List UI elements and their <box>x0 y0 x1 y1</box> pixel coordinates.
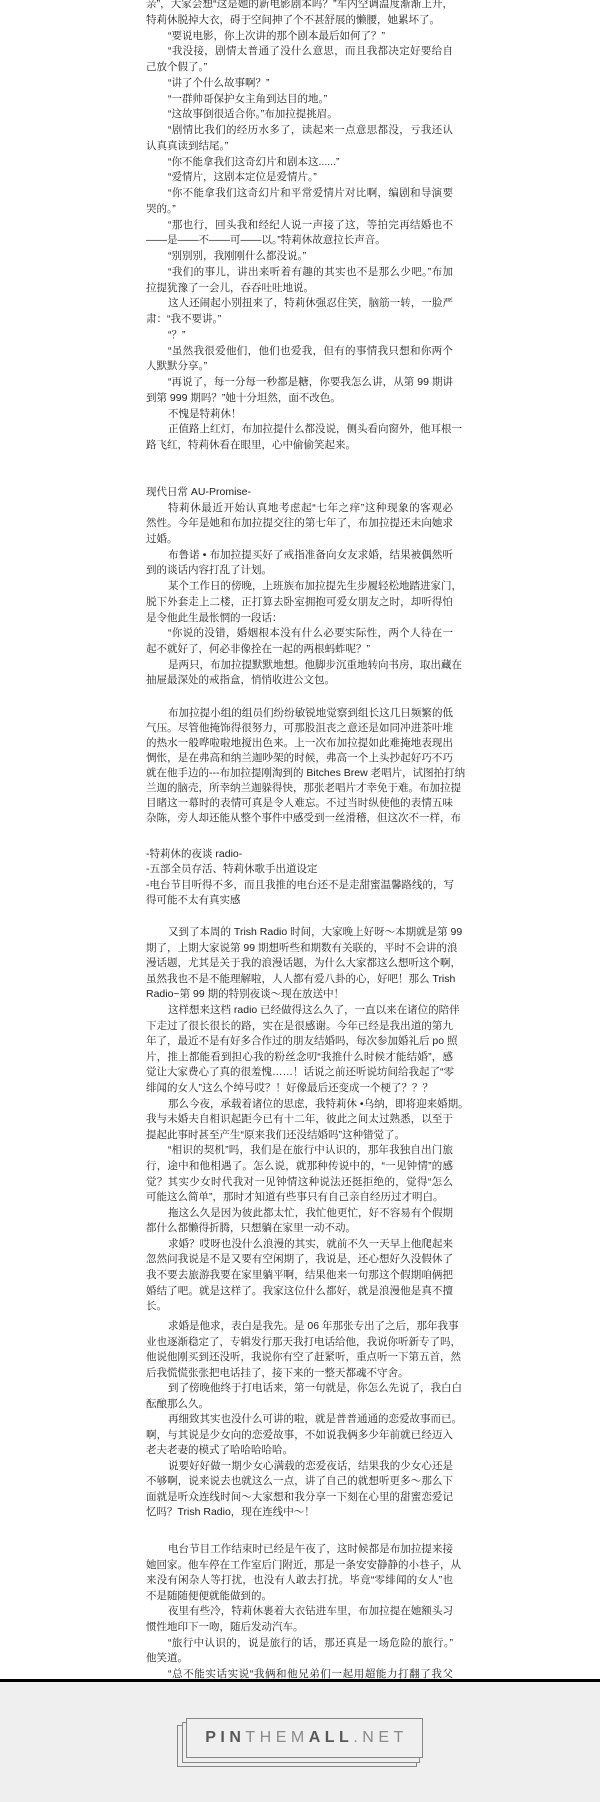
text-line: 业也逐渐稳定了，专辑发行那天我打电话给他，我说你听新专了吗， <box>146 1335 453 1351</box>
paragraph: 正值路上红灯，布加拉提什么都没说，侧头看向窗外，他耳根一 路飞红，特莉休看在眼里… <box>146 422 453 454</box>
text-line: 目睹这一幕时的表情可真是令人难忘。不过当时纵使他的表情五味 <box>146 796 453 811</box>
text-line: “一群帅哥保护女主角到达目的地。” <box>146 92 453 108</box>
paragraph: “我们的事儿，讲出来听着有趣的其实也不是那么少吧。”布加 拉提犹豫了一会儿，吞吞… <box>146 265 453 297</box>
text-line: 杂陈，旁人却还能从整个事件中感受到一丝滑稽，但这次不一样，布 <box>146 811 453 826</box>
paragraph: 这样想来这档 radio 已经做得这么久了，一直以来在诸位的陪伴 下走过了很长很… <box>146 1003 453 1097</box>
text-line: “？” <box>146 328 453 344</box>
paragraph: “讲了个什么故事啊？” <box>146 76 453 92</box>
text-line: 忆吗？Trish Radio，现在连线中～！ <box>146 1505 453 1521</box>
text-line: 己放个假了。” <box>146 60 453 76</box>
text-line: 都什么都懒得折腾，只想躺在家里一动不动。 <box>146 1221 453 1237</box>
text-line: 觉？其实少女时代我对一见钟情这种说法还挺拒绝的，觉得“怎么 <box>146 1175 453 1191</box>
paragraph: “你说的没错，婚姻根本没有什么必要实际性，两个人待在一 起不就好了，何必非像拴在… <box>146 626 453 657</box>
story-section-after-show: 电台节目工作结束时已经是午夜了，这时候都是布加拉提来接 她回家。他车停在工作室后… <box>146 1542 453 1679</box>
text-line: 正值路上红灯，布加拉提什么都没说，侧头看向窗外，他耳根一 <box>146 422 453 438</box>
text-line: “别别别，我刚刚什么都没说。” <box>146 249 453 265</box>
text-line: 后我慌慌张张把电话挂了，接下来的一整天都魂不守舍。 <box>146 1366 453 1382</box>
text-line: 下走过了很长很长的路，实在是很感谢。今年已经是我出道的第九 <box>146 1019 453 1035</box>
text-line: -五部全员存活、特莉休歌手出道设定 <box>146 862 453 877</box>
text-line: “你不能拿我们这奇幻片和平常爱情片对比啊，编剧和导演要 <box>146 186 453 202</box>
text-line: “剧情比我们的经历水多了，读起来一点意思都没，亏我还认 <box>146 123 453 139</box>
text-line: 求婚？哎呀也没什么浪漫的其实，就前不久一天早上他爬起来 <box>146 1237 453 1253</box>
text-line: 觉让大家费心了真的很羞愧……！话说之前还听说坊间给我起了“零 <box>146 1065 453 1081</box>
text-line: 不够啊，说来说去也就这么一点，讲了自己的就想听更多～那么下 <box>146 1474 453 1490</box>
paragraph: “相识的契机”吗，我们是在旅行中认识的，那年我独自出门旅 行，途中和他相遇了。怎… <box>146 1143 453 1205</box>
document-page: 亲”，大家会想“这是她的新电影剧本吗？”车内空调温度渐渐上升， 特莉休脱掉大衣，… <box>0 0 600 1679</box>
paragraph: 夜里有些冷，特莉休裹着大衣钻进车里，布加拉提在她额头习 惯性地印下一吻，随后发动… <box>146 1604 453 1635</box>
paragraph: “你不能拿我们这奇幻片和平常爱情片对比啊，编剧和导演要 哭的。” <box>146 186 453 218</box>
story-section-radio-notes: -特莉休的夜谈 radio- -五部全员存活、特莉休歌手出道设定 -电台节目听得… <box>146 847 453 909</box>
text-line: 亲”，大家会想“这是她的新电影剧本吗？”车内空调温度渐渐上升， <box>146 0 453 13</box>
text-line: 肃：“我不要讲。” <box>146 312 453 328</box>
story-section-car-scene: 亲”，大家会想“这是她的新电影剧本吗？”车内空调温度渐渐上升， 特莉休脱掉大衣，… <box>146 0 453 454</box>
text-line: 的热水一般哗啦啦地搅出色来。上一次布加拉提如此难掩地表现出 <box>146 736 453 751</box>
text-line: “那也行，回头我和经纪人说一声接了这，等拍完再结婚也不 <box>146 218 453 234</box>
story-section-team: 布加拉提小组的组员们纷纷敏锐地觉察到组长这几日频繁的低 气压。尽管他掩饰得很努力… <box>146 706 453 826</box>
paragraph: “爱情片，这剧本定位是爱情片。” <box>146 170 453 186</box>
text-line: 提起此事时甚至产生“原来我们还没结婚吗”这种错觉了。 <box>146 1128 453 1144</box>
text-line: “这故事倒很适合你。”布加拉提挑眉。 <box>146 107 453 123</box>
story-section-au-promise: 现代日常 AU-Promise- 特莉休最近开始认真地考虑起“七年之痒”这种现象… <box>146 485 453 689</box>
paragraph: 求婚是他求，表白是我先。是 06 年那张专出了之后，那年我事 业也逐渐稳定了，专… <box>146 1319 453 1381</box>
text-line: 拖这么久是因为彼此都太忙，我忙他更忙，好不容易有个假期 <box>146 1206 453 1222</box>
paragraph: “？” <box>146 328 453 344</box>
text-line: “旅行中认识的，说是旅行的话，那还真是一场危险的旅行。” <box>146 1636 453 1652</box>
paragraph: 又到了本周的 Trish Radio 时间，大家晚上好呀～本期就是第 99 期了… <box>146 925 453 1003</box>
text-line: 脱下外套走上二楼，正打算去卧室拥抱可爱女朋友之时，却听得怕 <box>146 595 453 611</box>
text-line: “我们的事儿，讲出来听着有趣的其实也不是那么少吧。”布加 <box>146 265 453 281</box>
text-line: 特莉休脱掉大衣，碍于空间抻了个不甚舒展的懒腰，她累坏了。 <box>146 13 453 29</box>
text-line: “我没接，剧情太普通了没什么意思，而且我都决定好要给自 <box>146 44 453 60</box>
text-line: 长。 <box>146 1299 453 1315</box>
text-line: 夜里有些冷，特莉休裹着大衣钻进车里，布加拉提在她额头习 <box>146 1604 453 1620</box>
text-line: 这样想来这档 radio 已经做得这么久了，一直以来在诸位的陪伴 <box>146 1003 453 1019</box>
paragraph: “旅行中认识的，说是旅行的话，那还真是一场危险的旅行。” 他笑道。 <box>146 1636 453 1667</box>
paragraph: “再说了，每一分每一秒都是糖，你要我怎么讲，从第 99 期讲 到第 999 期吗… <box>146 375 453 407</box>
paragraph: 是两只，布加拉提默默地想。他脚步沉重地转向书房，取出藏在 抽屉最深处的戒指盒，悄… <box>146 658 453 689</box>
text-line: 路飞红，特莉休看在眼里，心中偷偷笑起来。 <box>146 438 453 454</box>
text-line: 这人还闹起小别扭来了，特莉休强忍住笑，脑筋一转，一脸严 <box>146 296 453 312</box>
text-line: “要说电影，你上次讲的那个剧本最后如何了？” <box>146 29 453 45</box>
text-line: 来没有闲杂人等打扰，也没有人敢去打扰。毕竟“零绯闻的女人”也 <box>146 1573 453 1589</box>
text-line: 他说他刚买到还没听，我说你有空了赶紧听，重点听一下第五首，然 <box>146 1350 453 1366</box>
paragraph: 布加拉提小组的组员们纷纷敏锐地觉察到组长这几日频繁的低 气压。尽管他掩饰得很努力… <box>146 706 453 826</box>
section-title: 现代日常 AU-Promise- <box>146 485 453 501</box>
text-line: 她回家。他车停在工作室后门附近，那是一条安安静静的小巷子，从 <box>146 1558 453 1574</box>
text-line: 那么今夜，承载着诸位的思虑，我特莉休 •乌纳，即将迎来婚期。 <box>146 1097 453 1113</box>
paragraph: “别别别，我刚刚什么都没说。” <box>146 249 453 265</box>
paragraph: 电台节目工作结束时已经是午夜了，这时候都是布加拉提来接 她回家。他车停在工作室后… <box>146 1542 453 1604</box>
text-line: 虽然我也不是不能理解啦，人人都有爱八卦的心，好吧！那么 Trish <box>146 972 453 988</box>
text-line: 酝酿那么久。 <box>146 1397 453 1413</box>
text-line: “相识的契机”吗，我们是在旅行中认识的，那年我独自出门旅 <box>146 1143 453 1159</box>
note: -五部全员存活、特莉休歌手出道设定 <box>146 862 453 877</box>
story-section-radio-broadcast: 又到了本周的 Trish Radio 时间，大家晚上好呀～本期就是第 99 期了… <box>146 925 453 1315</box>
logo-wordmark[interactable]: PINTHEMALL.NET <box>186 1718 423 1758</box>
paragraph: “虽然我很爱他们，他们也爱我，但有的事情我只想和你两个 人默默分享。” <box>146 344 453 376</box>
text-line: 我与未婚夫自相识起距今已有十二年，彼此之间太过熟悉，以至于 <box>146 1112 453 1128</box>
text-line: 电台节目工作结束时已经是午夜了，这时候都是布加拉提来接 <box>146 1542 453 1558</box>
text-line: 某个工作日的傍晚，上班族布加拉提先生步履轻松地踏进家门， <box>146 579 453 595</box>
text-line: 是两只，布加拉提默默地想。他脚步沉重地转向书房，取出藏在 <box>146 658 453 674</box>
text-line: ——是——不——可——以。”特莉休故意拉长声音。 <box>146 233 453 249</box>
text-line: 求婚是他求，表白是我先。是 06 年那张专出了之后，那年我事 <box>146 1319 453 1335</box>
paragraph: 求婚？哎呀也没什么浪漫的其实，就前不久一天早上他爬起来 忽然问我说是不是又要有空… <box>146 1237 453 1315</box>
text-line: “讲了个什么故事啊？” <box>146 76 453 92</box>
logo-text-all: ALL <box>309 1729 354 1747</box>
text-line: 气压。尽管他掩饰得很努力，可那股沮丧之意还是如同冲进茶叶堆 <box>146 721 453 736</box>
text-line: “爱情片，这剧本定位是爱情片。” <box>146 170 453 186</box>
paragraph: “我没接，剧情太普通了没什么意思，而且我都决定好要给自 己放个假了。” <box>146 44 453 76</box>
text-line: “再说了，每一分每一秒都是糖，你要我怎么讲，从第 99 期讲 <box>146 375 453 391</box>
paragraph: 到了傍晚他终于打电话来，第一句就是，你怎么先说了，我白白 酝酿那么久。 <box>146 1381 453 1412</box>
paragraph: 不愧是特莉休！ <box>146 407 453 423</box>
paragraph: 布鲁诺 • 布加拉提买好了戒指准备向女友求婚，结果被偶然听 到的谈话内容打乱了计… <box>146 548 453 579</box>
text-line: Radio~第 99 期的特别夜谈～现在放送中！ <box>146 987 453 1003</box>
text-line: 到了傍晚他终于打电话来，第一句就是，你怎么先说了，我白白 <box>146 1381 453 1397</box>
logo-text-net: .NET <box>353 1729 407 1747</box>
text-line: 漫话题，尤其是关于我的浪漫话题，为什么大家都这么想听这个啊， <box>146 956 453 972</box>
paragraph: “要说电影，你上次讲的那个剧本最后如何了？” <box>146 29 453 45</box>
text-line: 得可能不太有真实感 <box>146 893 453 908</box>
paragraph: 特莉休最近开始认真地考虑起“七年之痒”这种现象的客观必 然性。今年是她和布加拉提… <box>146 501 453 548</box>
paragraph: “这故事倒很适合你。”布加拉提挑眉。 <box>146 107 453 123</box>
text-line: 就在他手边的---布加拉提刚淘到的 Bitches Brew 老唱片，试图拍打纳 <box>146 766 453 781</box>
logo-text-them: THEM <box>245 1729 308 1747</box>
pinthemall-logo[interactable]: PINTHEMALL.NET <box>0 1682 600 1802</box>
text-line: 他笑道。 <box>146 1651 453 1667</box>
paragraph: 亲”，大家会想“这是她的新电影剧本吗？”车内空调温度渐渐上升， 特莉休脱掉大衣，… <box>146 0 453 29</box>
site-footer: PINTHEMALL.NET <box>0 1682 600 1802</box>
text-line: “你不能拿我们这奇幻片和剧本这......” <box>146 155 453 171</box>
text-line: 再细致其实也没什么可讲的啦，就是普普通通的恋爱故事而已。 <box>146 1412 453 1428</box>
note: -电台节目听得不多，而且我推的电台还不是走甜蜜温馨路线的，写 得可能不太有真实感 <box>146 878 453 909</box>
text-line: 布加拉提小组的组员们纷纷敏锐地觉察到组长这几日频繁的低 <box>146 706 453 721</box>
paragraph: 说要好好做一期少女心满载的恋爱夜话，结果我的少女心还是 不够啊，说来说去也就这么… <box>146 1459 453 1521</box>
text-line: 是令他此生最怅惘的一段话： <box>146 611 453 627</box>
text-line: 又到了本周的 Trish Radio 时间，大家晚上好呀～本期就是第 99 <box>146 925 453 941</box>
paragraph: “一群帅哥保护女主角到达目的地。” <box>146 92 453 108</box>
text-line: 兰迦的脑壳，所幸纳兰迦躲得快，那张老唱片才幸免于难。布加拉提 <box>146 781 453 796</box>
text-line: 起不就好了，何必非像拴在一起的两根蚂蚱呢？” <box>146 642 453 658</box>
text-line: 人默默分享。” <box>146 359 453 375</box>
paragraph: “总不能实话实说“我俩和他兄弟们一起用超能力打翻了我父 <box>146 1667 453 1679</box>
paragraph: 这人还闹起小别扭来了，特莉休强忍住笑，脑筋一转，一脸严 肃：“我不要讲。” <box>146 296 453 328</box>
text-line: 到的谈话内容打乱了计划。 <box>146 563 453 579</box>
text-line: 忽然问我说是不是又要有空闲期了，我说是，还心想好久没假休了 <box>146 1252 453 1268</box>
text-line: -特莉休的夜谈 radio- <box>146 847 453 862</box>
text-line: 哭的。” <box>146 202 453 218</box>
text-line: 然性。今年是她和布加拉提交往的第七年了，布加拉提还未向她求 <box>146 516 453 532</box>
text-line: 面就是听众连线时间～大家想和我分享一下刻在心里的甜蜜恋爱记 <box>146 1490 453 1506</box>
note: -特莉休的夜谈 radio- <box>146 847 453 862</box>
text-line: 惆怅，是在弗高和纳兰迦吵架的时候，弗高一个上头抄起好巧不巧 <box>146 751 453 766</box>
text-line: 惯性地印下一吻，随后发动汽车。 <box>146 1620 453 1636</box>
text-line: “虽然我很爱他们，他们也爱我，但有的事情我只想和你两个 <box>146 344 453 360</box>
text-line: 到第 999 期吗？”她十分坦然，面不改色。 <box>146 391 453 407</box>
text-line: 行，途中和他相遇了。怎么说，就那种传说中的，“一见钟情”的感 <box>146 1159 453 1175</box>
logo-text-pin: PIN <box>205 1729 245 1747</box>
story-section-radio-broadcast-continued: 求婚是他求，表白是我先。是 06 年那张专出了之后，那年我事 业也逐渐稳定了，专… <box>146 1319 453 1521</box>
text-line: 不是随随便便就能做到的。 <box>146 1589 453 1605</box>
text-line: 过婚。 <box>146 532 453 548</box>
text-line: 可能这么简单”，那时才知道有些事只有自己亲自经历过才明白。 <box>146 1190 453 1206</box>
text-line: “总不能实话实说“我俩和他兄弟们一起用超能力打翻了我父 <box>146 1667 453 1679</box>
paragraph: 拖这么久是因为彼此都太忙，我忙他更忙，好不容易有个假期 都什么都懒得折腾，只想躺… <box>146 1206 453 1237</box>
paragraph: “剧情比我们的经历水多了，读起来一点意思都没，亏我还认 认真真读到结尾。” <box>146 123 453 155</box>
paragraph: “你不能拿我们这奇幻片和剧本这......” <box>146 155 453 171</box>
text-line: 老夫老妻的模式了哈哈哈哈哈。 <box>146 1443 453 1459</box>
text-line: 不愧是特莉休！ <box>146 407 453 423</box>
text-line: 片，推上都能看到担心我的粉丝念叨“我推什么时候才能结婚”，感 <box>146 1050 453 1066</box>
text-line: “你说的没错，婚姻根本没有什么必要实际性，两个人待在一 <box>146 626 453 642</box>
text-line: 婚结了吧。就是这样了。我家这位什么都好，就是浪漫他是真不擅 <box>146 1284 453 1300</box>
text-line: 年了，最近不是有好多合作过的朋友结婚吗，每次参加婚礼后 po 照 <box>146 1034 453 1050</box>
text-line: 认真真读到结尾。” <box>146 139 453 155</box>
text-line: 绯闻的女人”这么个绰号哎？！好像最后还变成一个梗了？？？ <box>146 1081 453 1097</box>
text-line: 特莉休最近开始认真地考虑起“七年之痒”这种现象的客观必 <box>146 501 453 517</box>
text-line: 我不要去旅游我要在家里躺平啊，结果他来一句那这个假期咱俩把 <box>146 1268 453 1284</box>
text-line: 抽屉最深处的戒指盒，悄悄收进公文包。 <box>146 673 453 689</box>
text-line: 布鲁诺 • 布加拉提买好了戒指准备向女友求婚，结果被偶然听 <box>146 548 453 564</box>
text-line: 期了，上期大家说第 99 期想听些和期数有关联的，平时不会讲的浪 <box>146 941 453 957</box>
paragraph: 那么今夜，承载着诸位的思虑，我特莉休 •乌纳，即将迎来婚期。 我与未婚夫自相识起… <box>146 1097 453 1144</box>
text-line: 说要好好做一期少女心满载的恋爱夜话，结果我的少女心还是 <box>146 1459 453 1475</box>
paragraph: 再细致其实也没什么可讲的啦，就是普普通通的恋爱故事而已。 啊，与其说是少女向的恋… <box>146 1412 453 1459</box>
text-line: 啊，与其说是少女向的恋爱故事，不如说我俩多少年前就已经迈入 <box>146 1428 453 1444</box>
text-line: -电台节目听得不多，而且我推的电台还不是走甜蜜温馨路线的，写 <box>146 878 453 893</box>
paragraph: “那也行，回头我和经纪人说一声接了这，等拍完再结婚也不 ——是——不——可——以… <box>146 218 453 250</box>
text-line: 拉提犹豫了一会儿，吞吞吐吐地说。 <box>146 281 453 297</box>
paragraph: 某个工作日的傍晚，上班族布加拉提先生步履轻松地踏进家门， 脱下外套走上二楼，正打… <box>146 579 453 626</box>
